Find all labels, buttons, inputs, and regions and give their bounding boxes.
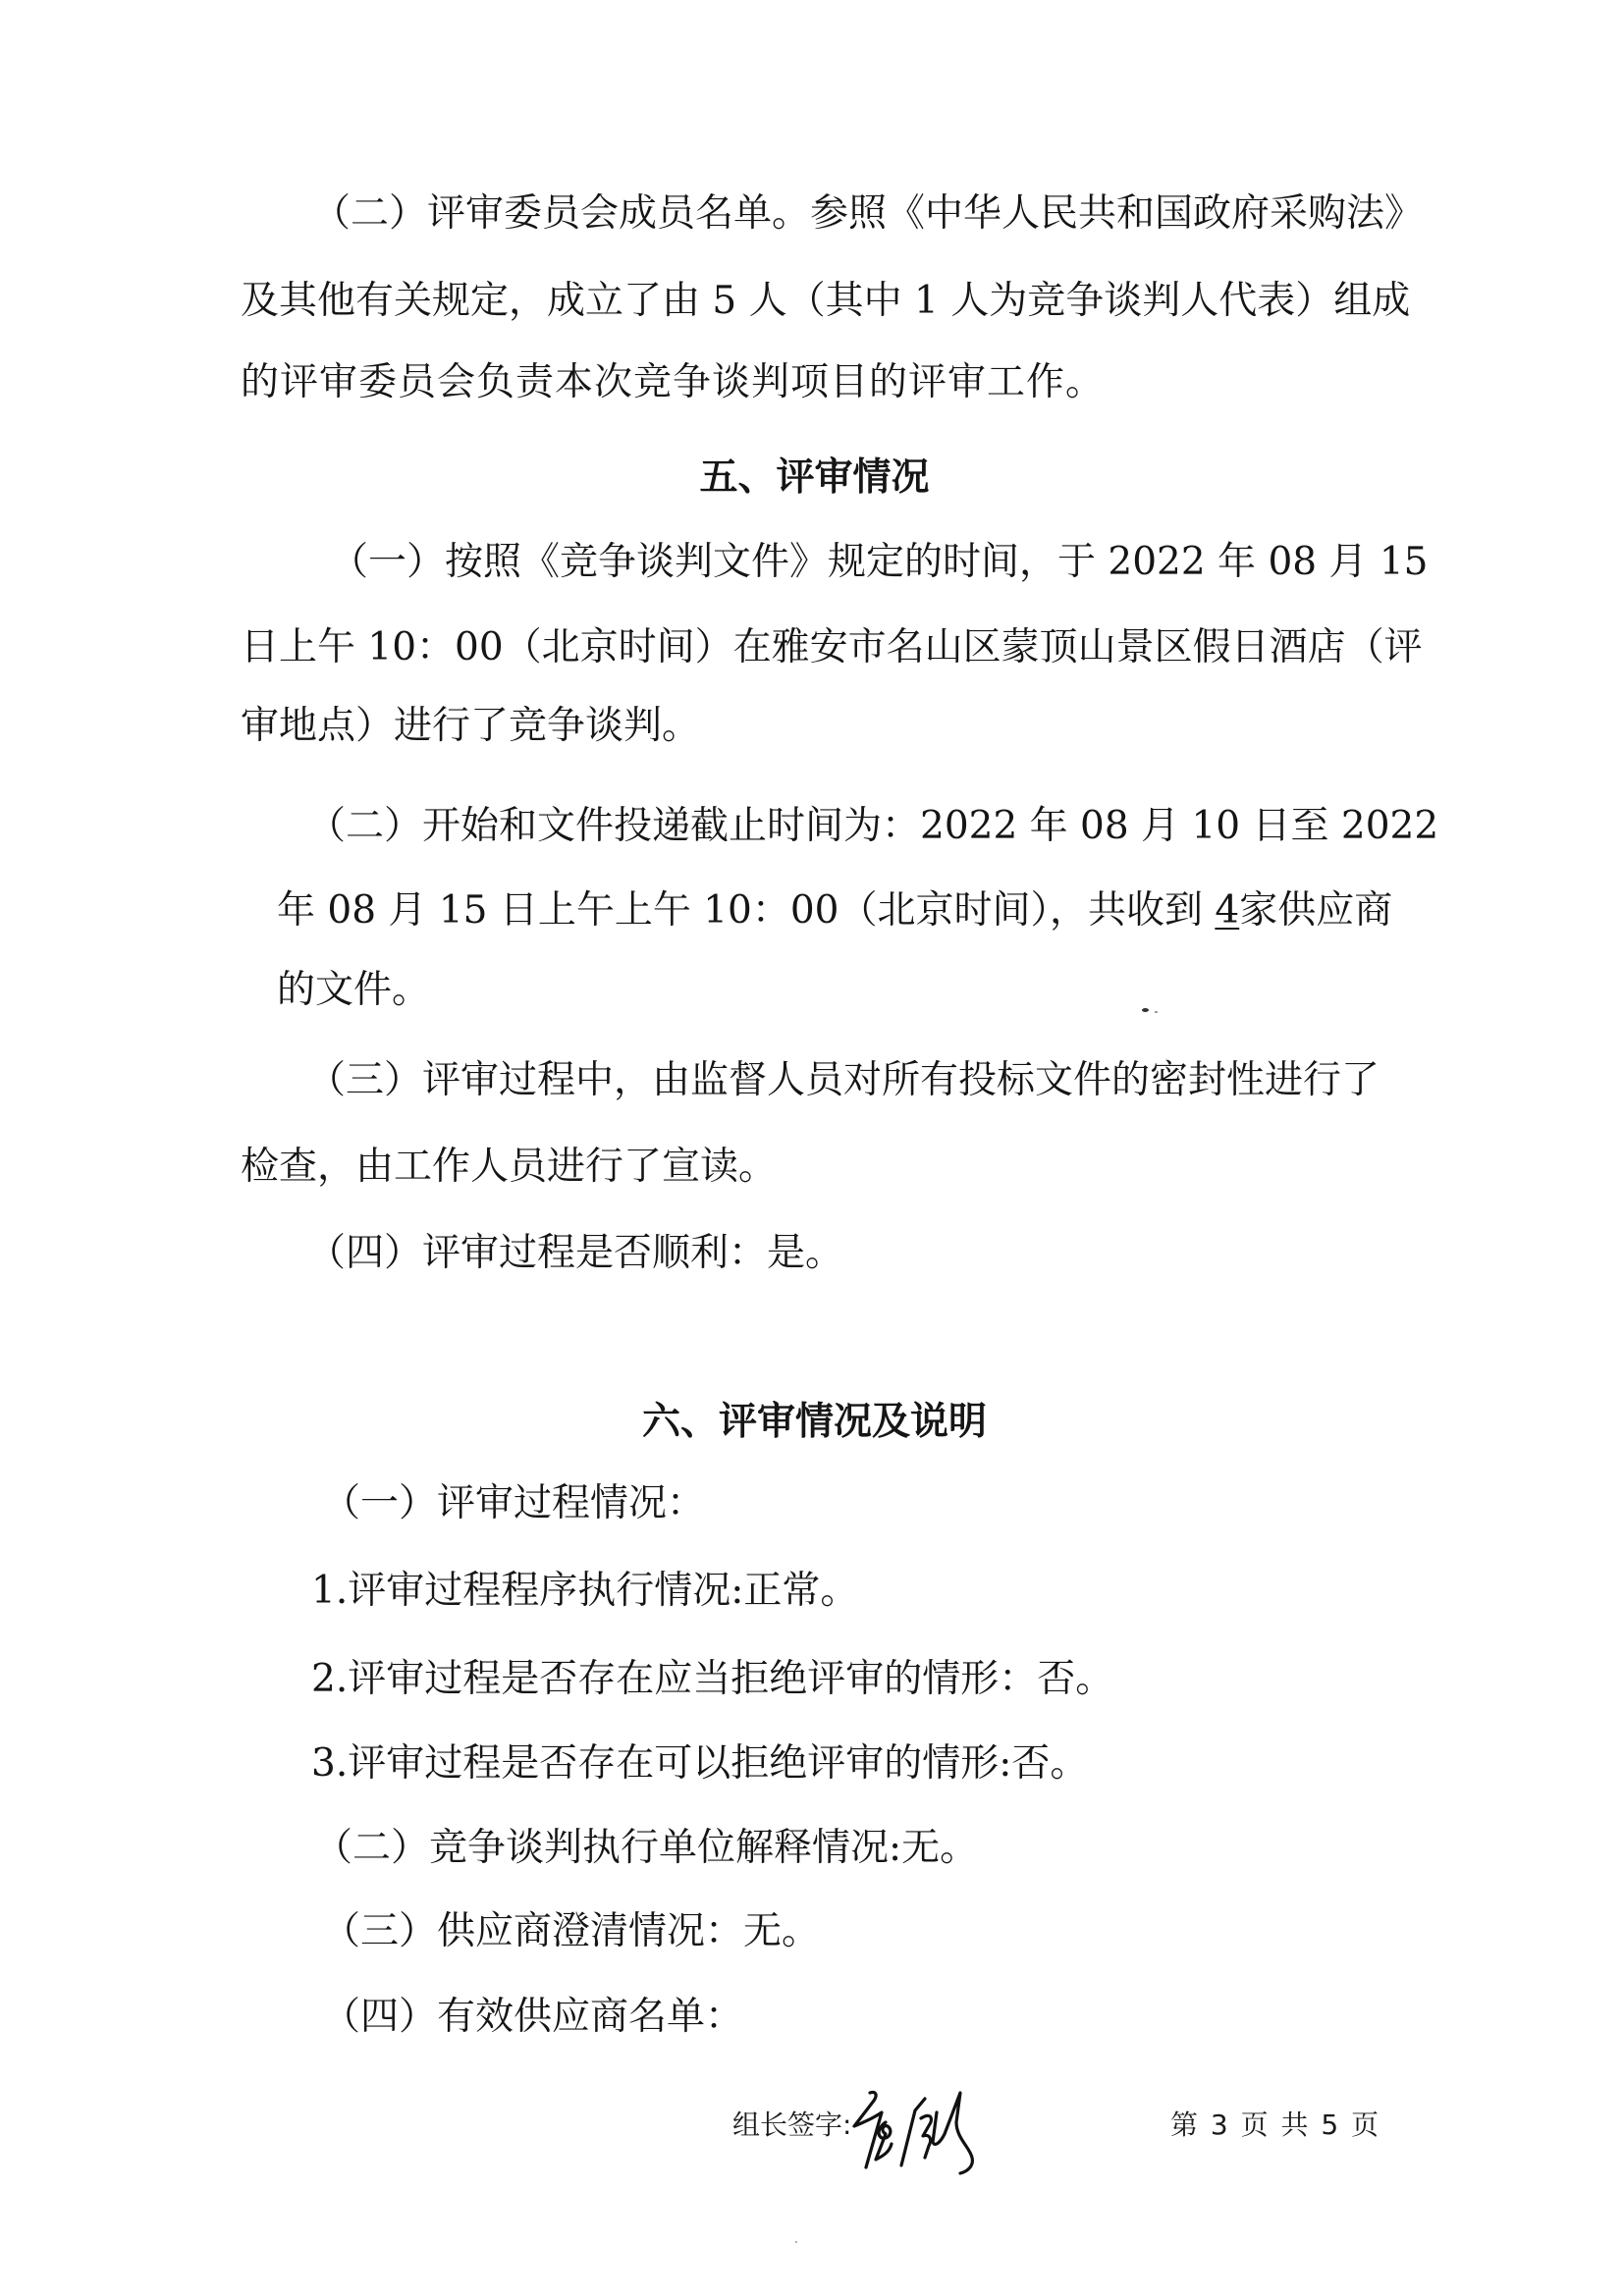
committee-para-line-2: 及其他有关规定，成立了由 5 人（其中 1 人为竞争谈判人代表）组成 [241, 276, 1370, 327]
section-heading-review-details: 六、评审情况及说明 [0, 1397, 1623, 1448]
handwritten-signature [846, 2083, 984, 2181]
document-page: （二）评审委员会成员名单。参照《中华人民共和国政府采购法》 及其他有关规定，成立… [0, 0, 1623, 2296]
signature-label: 组长签字: [732, 2108, 851, 2143]
review-process-item-3: 3.评审过程是否存在可以拒绝评审的情形:否。 [311, 1738, 1088, 1789]
review-item1-line-3: 审地点）进行了竞争谈判。 [241, 701, 700, 752]
review-item2-line-2: 年 08 月 15 日上午上午 10：00（北京时间），共收到 4家供应商 [277, 885, 1365, 936]
review-item3-line-1: （三）评审过程中，由监督人员对所有投标文件的密封性进行了 [307, 1055, 1366, 1106]
review-item2-line-2-text-b: 家供应商 [1239, 888, 1392, 933]
review-process-item-2: 2.评审过程是否存在应当拒绝评审的情形：否。 [311, 1654, 1113, 1705]
section-heading-review: 五、评审情况 [0, 453, 1623, 504]
page-indicator: 第 3 页 共 5 页 [1170, 2108, 1380, 2143]
review-item1-line-2: 日上午 10：00（北京时间）在雅安市名山区蒙顶山景区假日酒店（评 [241, 622, 1362, 673]
review-process-title: （一）评审过程情况： [322, 1478, 705, 1529]
scan-speck [1142, 1008, 1149, 1012]
review-item1-line-1: （一）按照《竞争谈判文件》规定的时间，于 2022 年 08 月 15 [330, 537, 1357, 588]
executor-explanation: （二）竞争谈判执行单位解释情况:无。 [314, 1823, 978, 1874]
scan-speck [1155, 1011, 1158, 1013]
supplier-clarification: （三）供应商澄清情况：无。 [322, 1906, 820, 1957]
committee-para-line-1: （二）评审委员会成员名单。参照《中华人民共和国政府采购法》 [312, 188, 1367, 240]
review-item2-line-3: 的文件。 [277, 965, 430, 1016]
supplier-count: 4 [1215, 888, 1239, 933]
valid-supplier-list-title: （四）有效供应商名单： [322, 1992, 743, 2043]
review-item2-line-2-text-a: 年 08 月 15 日上午上午 10：00（北京时间），共收到 [277, 888, 1215, 933]
review-item3-line-2: 检查，由工作人员进行了宣读。 [241, 1142, 777, 1193]
scan-speck [795, 2241, 797, 2243]
review-process-item-1: 1.评审过程程序执行情况:正常。 [311, 1566, 858, 1617]
review-item2-line-1: （二）开始和文件投递截止时间为：2022 年 08 月 10 日至 2022 [307, 801, 1368, 852]
review-item4: （四）评审过程是否顺利：是。 [307, 1228, 843, 1279]
committee-para-line-3: 的评审委员会负责本次竞争谈判项目的评审工作。 [241, 357, 1105, 408]
